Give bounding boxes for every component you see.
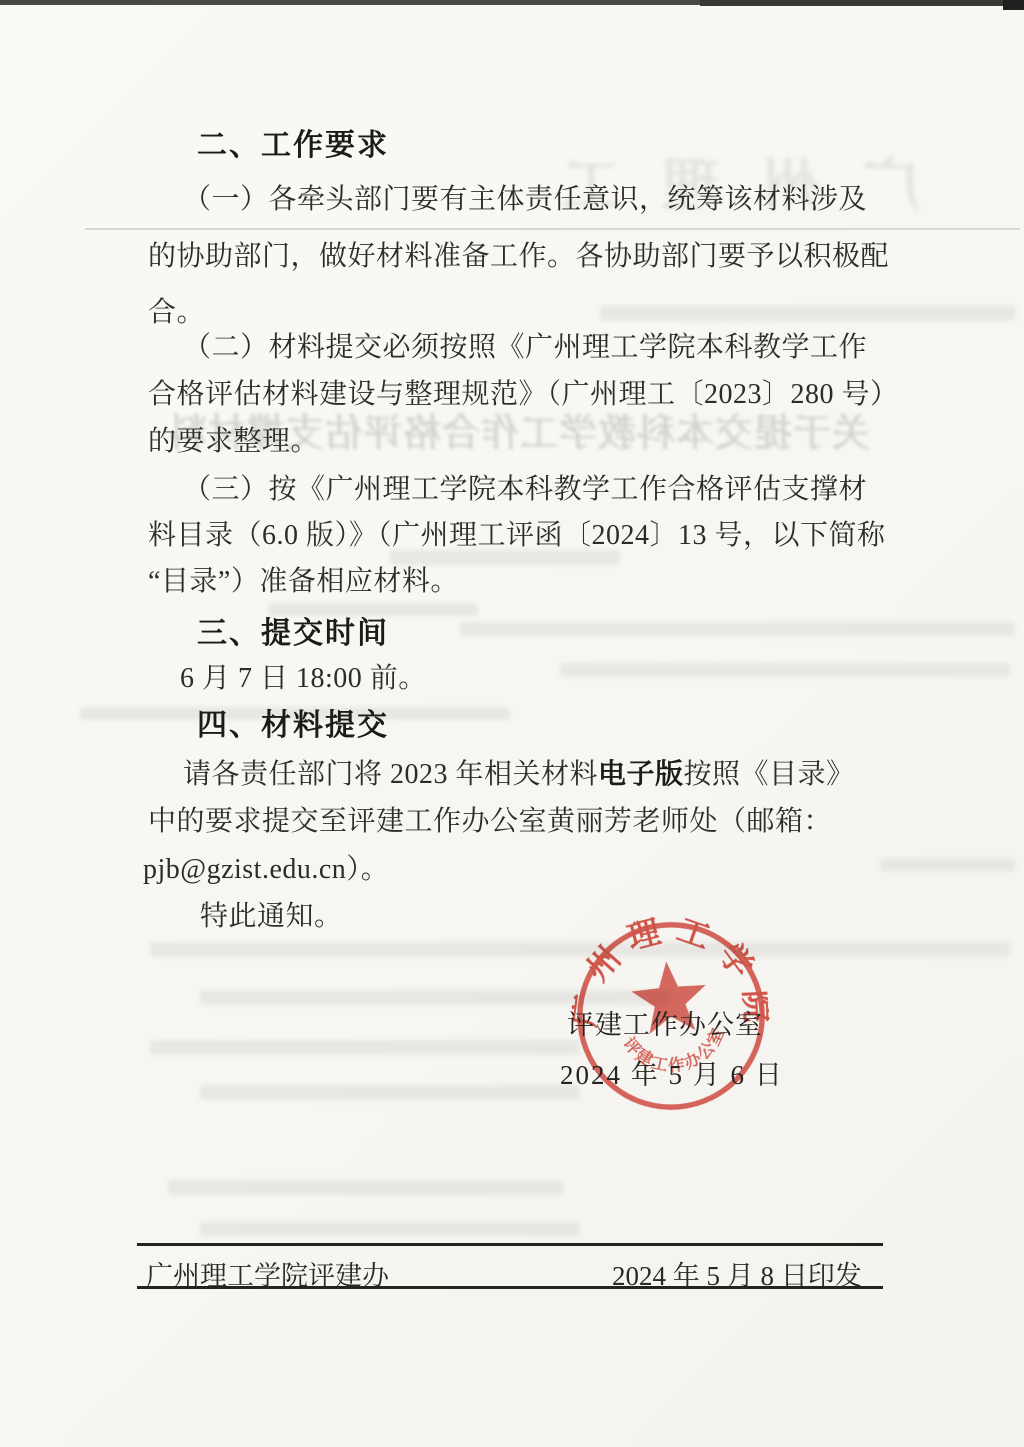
para3-line1: （三）按《广州理工学院本科教学工作合格评估支撑材	[183, 474, 867, 506]
bleedthrough-mark	[200, 1085, 580, 1100]
bleedthrough-mark	[560, 663, 1010, 677]
para3-line2: 料目录（6.0 版）》（广州理工评函〔2024〕13 号，以下简称	[148, 520, 886, 552]
bleedthrough-rule	[85, 228, 1020, 230]
heading-section-2: 二、工作要求	[197, 130, 389, 162]
deadline-line: 6 月 7 日 18:00 前。	[180, 663, 427, 695]
para4-line1-bold: 电子版	[598, 757, 684, 790]
scan-edge-top-left	[0, 0, 700, 5]
footer-rule-bottom	[137, 1286, 883, 1289]
para3-line3: “目录”）准备相应材料。	[148, 566, 459, 598]
para1-line2: 的协助部门，做好材料准备工作。各协助部门要予以积极配	[148, 241, 889, 273]
heading-section-4: 四、材料提交	[197, 710, 389, 742]
bleedthrough-mark	[880, 858, 1015, 871]
para1-line1: （一）各牵头部门要有主体责任意识，统筹该材料涉及	[183, 184, 867, 216]
bleedthrough-mark	[150, 1040, 580, 1055]
closing-line: 特此通知。	[200, 901, 343, 933]
bleedthrough-mark	[460, 622, 1015, 636]
para2-line3: 的要求整理。	[148, 426, 319, 458]
notice-page: 广州理工 关于提交本科教学工作合格评估支撑材料 二、工作要求 （一）各牵头部门要…	[0, 0, 1024, 1447]
para4-line1-normal-a: 请各责任部门将 2023 年相关材料	[183, 759, 598, 790]
para2-line1: （二）材料提交必须按照《广州理工学院本科教学工作	[183, 332, 867, 364]
para2-line2: 合格评估材料建设与整理规范》（广州理工〔2023〕280 号）	[148, 379, 899, 411]
heading-section-3: 三、提交时间	[197, 618, 389, 650]
para1-line3: 合。	[148, 297, 205, 329]
para4-line1-normal-b: 按照《目录》	[684, 759, 855, 790]
scan-edge-top-right	[700, 0, 1024, 6]
signature-date: 2024 年 5 月 6 日	[560, 1053, 784, 1092]
bleedthrough-mark	[390, 550, 620, 565]
bleedthrough-mark	[168, 1180, 563, 1195]
signature-office: 评建工作办公室	[567, 1003, 763, 1042]
bleedthrough-mark	[268, 603, 478, 616]
para4-line1: 请各责任部门将 2023 年相关材料电子版按照《目录》	[183, 758, 855, 791]
bleedthrough-mark	[200, 1222, 580, 1236]
bleedthrough-mark	[600, 306, 1015, 321]
para4-line2: 中的要求提交至评建工作办公室黄丽芳老师处（邮箱：	[148, 806, 832, 838]
scan-corner-mark	[1003, 0, 1024, 10]
email-text: pjb@gzist.edu.cn）。	[143, 854, 389, 886]
footer-rule-top	[137, 1243, 883, 1246]
